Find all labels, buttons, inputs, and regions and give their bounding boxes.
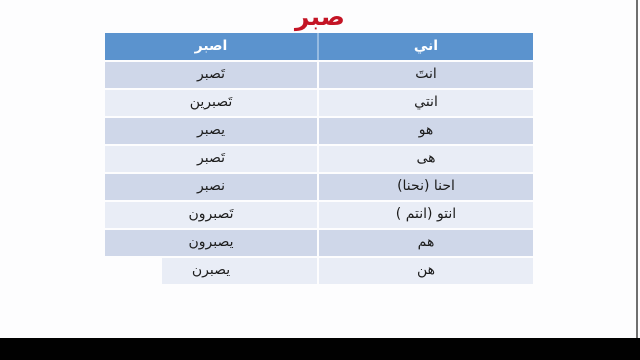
cell-pronoun: انتي [319, 90, 533, 116]
table-row: احنا (نحنا) نصبر [105, 174, 533, 202]
frame-right-border [636, 0, 638, 338]
cell-pronoun: هى [319, 146, 533, 172]
table-row: هن يصبرن [105, 258, 533, 286]
cell-pronoun: احنا (نحنا) [319, 174, 533, 200]
slide-frame: صبر اني اصبر انتَ تَصبر انتي تَصبرين هو … [0, 0, 640, 360]
cell-pronoun: هو [319, 118, 533, 144]
header-cell-pronoun: اني [319, 33, 533, 60]
table-row: انتَ تَصبر [105, 62, 533, 90]
cell-pronoun: انتو (انتم ) [319, 202, 533, 228]
table-row: هو يصبر [105, 118, 533, 146]
cell-verb: نصبر [105, 174, 319, 200]
table-cutout [105, 257, 162, 289]
cell-verb: تَصبر [105, 62, 319, 88]
table-row: انتي تَصبرين [105, 90, 533, 118]
cell-verb: يصبر [105, 118, 319, 144]
table-header-row: اني اصبر [105, 33, 533, 62]
conjugation-table: اني اصبر انتَ تَصبر انتي تَصبرين هو يصبر… [105, 33, 533, 286]
cell-pronoun: هن [319, 258, 533, 284]
header-cell-verb: اصبر [105, 33, 319, 60]
cell-verb: يصبرون [105, 230, 319, 256]
slide-title: صبر [0, 0, 640, 33]
cell-verb: تَصبرون [105, 202, 319, 228]
table-row: انتو (انتم ) تَصبرون [105, 202, 533, 230]
cell-verb: تَصبرين [105, 90, 319, 116]
cell-pronoun: انتَ [319, 62, 533, 88]
cell-pronoun: هم [319, 230, 533, 256]
table-row: هم يصبرون [105, 230, 533, 258]
letterbox-bottom-bar [0, 338, 640, 360]
table-row: هى تَصبر [105, 146, 533, 174]
cell-verb: تَصبر [105, 146, 319, 172]
